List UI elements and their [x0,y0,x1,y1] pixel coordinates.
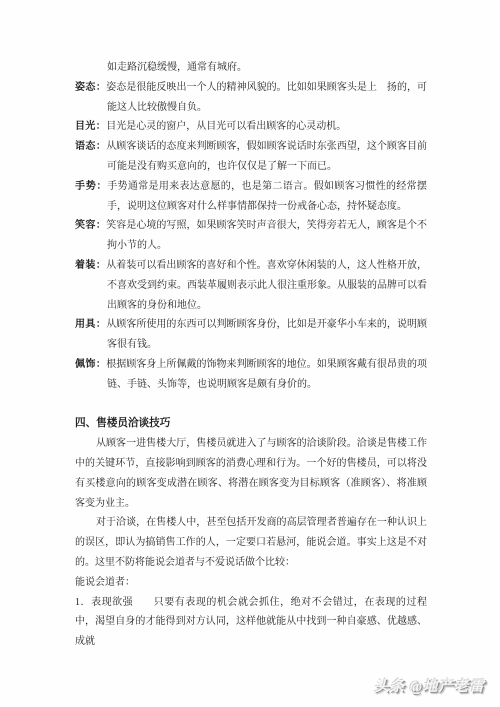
document-body: 如走路沉稳缓慢，通常有城府。 姿态：姿态是很能反映出一个人的精神风貌的。比如如果… [75,58,427,652]
trait-text: 从顾客所使用的东西可以判断顾客身份，比如是开豪华小车来的，说明顾客很有钱。 [106,319,427,350]
body-paragraph: 对于洽谈，在售楼人中，甚至包括开发商的高层管理者普遍存在一种认识上的误区，即认为… [75,513,427,572]
trait-label: 姿态： [75,82,106,93]
trait-item-zhuozhuang: 着装：从着装可以看出顾客的喜好和个性。喜欢穿休闲装的人，这人性格开放，不喜欢受到… [107,256,427,315]
trait-item-zitai: 姿态：姿态是很能反映出一个人的精神风貌的。比如如果顾客头是上 扬的，可能这人比较… [107,78,427,118]
watermark-toutiao: 头条 @地产老雷 [374,678,485,698]
trait-label: 语态： [75,141,106,152]
list-intro: 能说会道者： [75,573,427,593]
trait-label: 用具： [75,319,106,330]
trait-item-xiaorong: 笑容：笑容是心境的写照，如果顾客笑时声音很大，笑得旁若无人，顾客是个不拘小节的人… [107,216,427,256]
trait-label: 佩饰： [75,359,106,370]
item-number: 1． [75,597,91,608]
trait-item-yutai: 语态：从顾客谈话的态度来判断顾客，假如顾客说话时东张西望，这个顾客目前可能是没有… [107,137,427,177]
trait-text: 根据顾客身上所佩戴的饰物来判断顾客的地位。如果顾客戴有很昂贵的项链、手链、头饰等… [106,359,427,390]
trait-text: 从顾客谈话的态度来判断顾客，假如顾客说话时东张西望，这个顾客目前可能是没有购买意… [106,141,427,172]
trait-label: 手势： [75,181,107,192]
trait-label: 笑容： [75,220,106,231]
paragraph-continuation: 如走路沉稳缓慢，通常有城府。 [107,58,427,78]
trait-text: 目光是心灵的窗户，从目光可以看出顾客的心灵动机。 [106,121,346,132]
body-paragraph: 从顾客一进售楼大厅，售楼员就进入了与顾客的洽谈阶段。洽谈是售楼工作中的关键环节，… [75,434,427,513]
trait-label: 着装： [75,260,106,271]
trait-item-muguang: 目光：目光是心灵的窗户，从目光可以看出顾客的心灵动机。 [107,117,427,137]
section-heading: 四、售楼员洽谈技巧 [75,414,427,434]
trait-item-peishi: 佩饰：根据顾客身上所佩戴的饰物来判断顾客的地位。如果顾客戴有很昂贵的项链、手链、… [107,355,427,395]
trait-text: 姿态是很能反映出一个人的精神风貌的。比如如果顾客头是上 扬的，可能这人比较傲慢自… [106,82,427,113]
trait-text: 笑容是心境的写照，如果顾客笑时声音很大，笑得旁若无人，顾客是个不拘小节的人。 [106,220,427,251]
item-term: 表现欲强 [91,597,133,608]
numbered-item: 1．表现欲强只要有表现的机会就会抓住，绝对不会错过，在表现的过程中，渴望自身的才… [75,593,427,652]
trait-text: 手势通常是用来表达意愿的，也是第二语言。假如顾客习惯性的经常摆手，说明这位顾客对… [107,181,427,212]
trait-label: 目光： [75,121,106,132]
trait-item-yongju: 用具：从顾客所使用的东西可以判断顾客身份，比如是开豪华小车来的，说明顾客很有钱。 [107,315,427,355]
document-page: 如走路沉稳缓慢，通常有城府。 姿态：姿态是很能反映出一个人的精神风貌的。比如如果… [0,0,500,707]
trait-item-shoushi: 手势：手势通常是用来表达意愿的，也是第二语言。假如顾客习惯性的经常摆手，说明这位… [107,177,427,217]
trait-text: 从着装可以看出顾客的喜好和个性。喜欢穿休闲装的人，这人性格开放，不喜欢受到约束。… [106,260,427,311]
